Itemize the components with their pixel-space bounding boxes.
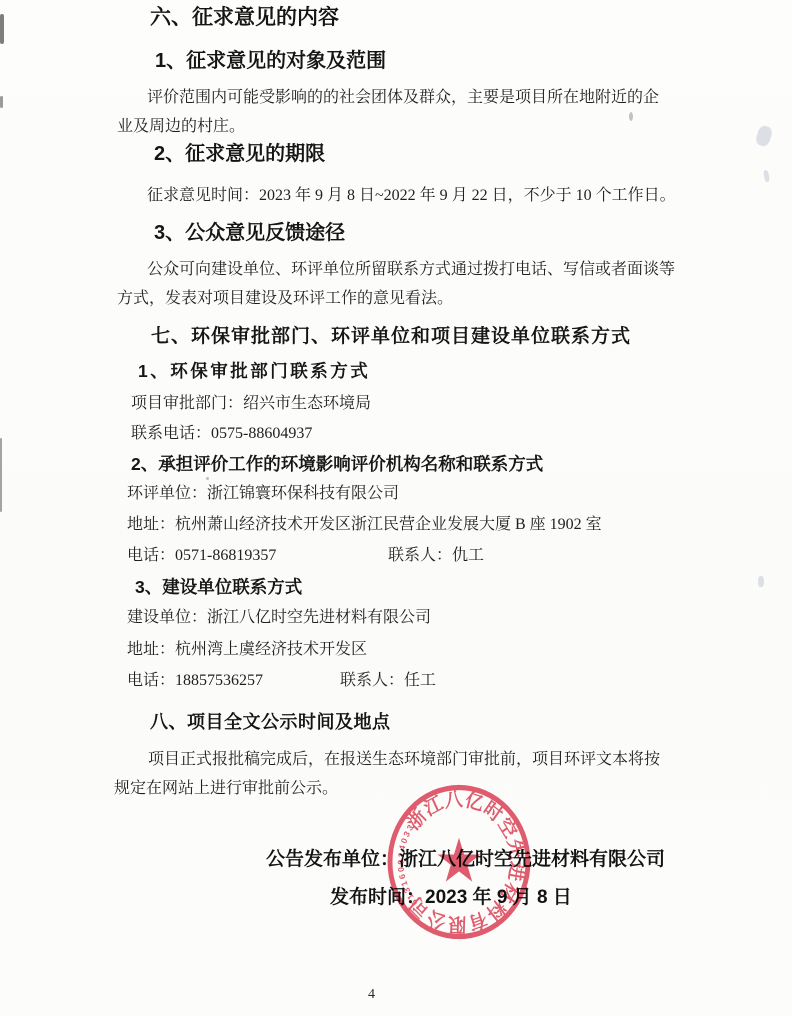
section6-sub2-title: 2、征求意见的期限	[154, 142, 325, 166]
svg-text:八: 八	[444, 788, 464, 812]
scan-artifact	[754, 124, 773, 147]
paragraph-line: 征求意见时间：2023 年 9 月 8 日~2022 年 9 月 22 日，不少…	[147, 185, 676, 207]
scan-artifact	[206, 477, 209, 480]
approval-phone-line: 联系电话：0575-88604937	[131, 423, 312, 445]
section7-sub3-title: 3、建设单位联系方式	[135, 576, 302, 598]
paragraph-line: 方式，发表对项目建设及环评工作的意见看法。	[117, 288, 453, 310]
builder-contact-line: 联系人：任工	[340, 670, 436, 692]
company-seal-stamp: 浙 江 八 亿 时 空 先 进 材 料 有 限 公 司 3 3 0 4 1	[384, 781, 534, 943]
paragraph-line: 业及周边的村庄。	[117, 116, 245, 138]
page-number: 4	[368, 987, 375, 1003]
scan-artifact	[0, 14, 4, 44]
section7-sub2-title: 2、承担评价工作的环境影响评价机构名称和联系方式	[131, 453, 543, 475]
paragraph-line: 项目正式报批稿完成后，在报送生态环境部门审批前，项目环评文本将按	[148, 749, 660, 771]
section6-sub1-title: 1、征求意见的对象及范围	[155, 49, 386, 73]
approval-dept-line: 项目审批部门：绍兴市生态环境局	[131, 393, 371, 415]
svg-text:0: 0	[396, 859, 406, 864]
eia-contact-line: 联系人：仇工	[388, 545, 484, 567]
builder-address-line: 地址：杭州湾上虞经济技术开发区	[127, 639, 367, 661]
scan-artifact	[0, 96, 3, 108]
scan-artifact	[763, 170, 770, 183]
svg-text:6: 6	[397, 873, 407, 880]
svg-text:4: 4	[397, 844, 407, 851]
scan-artifact	[629, 112, 633, 121]
scan-artifact	[0, 438, 2, 512]
section8-title: 八、项目全文公示时间及地点	[150, 709, 391, 735]
svg-text:限: 限	[448, 913, 467, 935]
section6-title: 六、征求意见的内容	[150, 5, 339, 31]
eia-unit-line: 环评单位：浙江锦寰环保科技有限公司	[127, 483, 399, 505]
scan-artifact	[758, 576, 764, 587]
paragraph-line: 公众可向建设单位、环评单位所留联系方式通过拨打电话、写信或者面谈等	[147, 259, 675, 281]
builder-phone-line: 电话：18857536257	[127, 670, 263, 692]
svg-text:0: 0	[396, 866, 406, 872]
svg-text:先: 先	[504, 837, 528, 861]
document-page: 六、征求意见的内容 1、征求意见的对象及范围 评价范围内可能受影响的的社会团体及…	[0, 0, 792, 1016]
svg-text:1: 1	[399, 879, 410, 887]
section7-sub1-title: 1、环保审批部门联系方式	[138, 360, 370, 382]
svg-text:进: 进	[505, 860, 528, 883]
eia-address-line: 地址：杭州萧山经济技术开发区浙江民营企业发展大厦 B 座 1902 室	[127, 514, 602, 536]
svg-text:1: 1	[396, 852, 406, 858]
section6-sub3-title: 3、公众意见反馈途径	[154, 221, 345, 245]
section7-title: 七、环保审批部门、环评单位和项目建设单位联系方式	[151, 324, 631, 350]
builder-unit-line: 建设单位：浙江八亿时空先进材料有限公司	[127, 607, 431, 629]
paragraph-line: 规定在网站上进行审批前公示。	[114, 778, 338, 800]
paragraph-line: 评价范围内可能受影响的的社会团体及群众，主要是项目所在地附近的企	[147, 87, 659, 109]
seal-star-icon	[438, 838, 481, 882]
eia-phone-line: 电话：0571-86819357	[127, 545, 276, 567]
